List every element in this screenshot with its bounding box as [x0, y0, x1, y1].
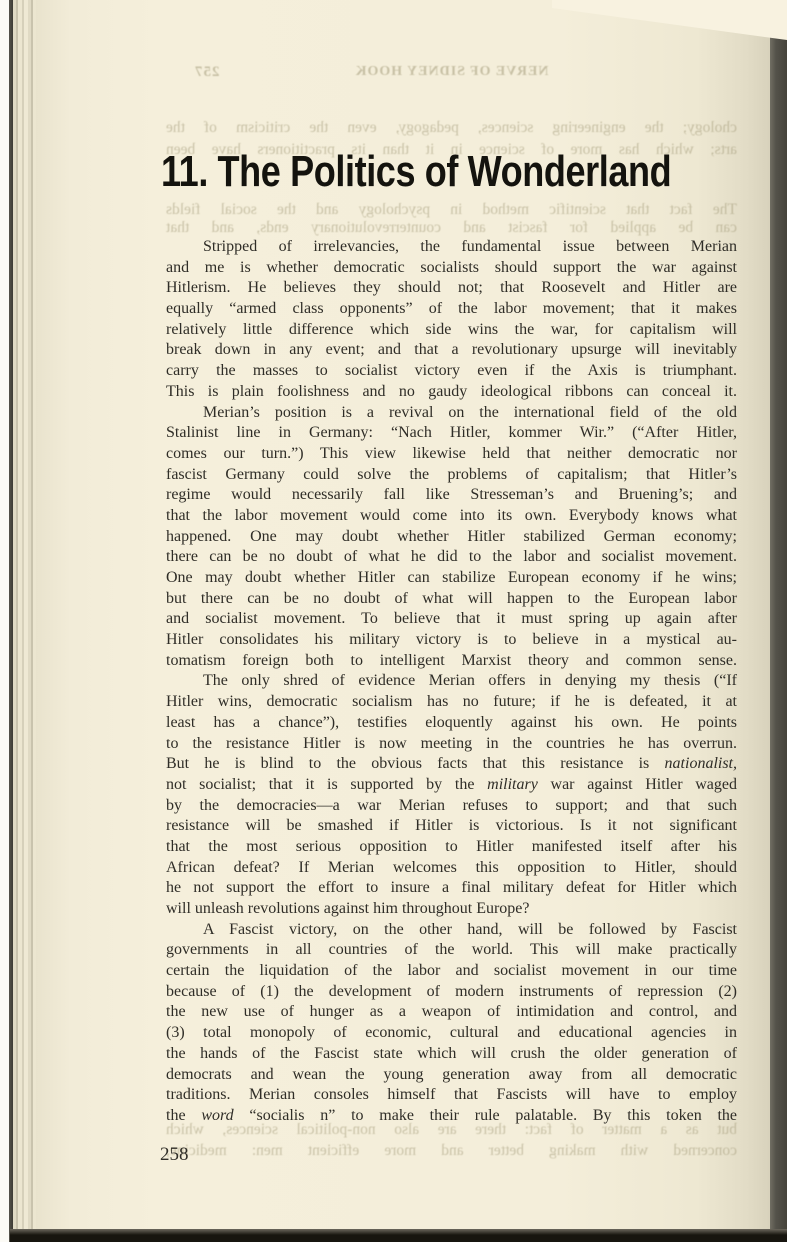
- chapter-title: 11. The Politics of Wonderland: [161, 150, 671, 194]
- text-line: there can be no doubt of what he did to …: [166, 547, 737, 568]
- page-edge-shadow-right: [770, 0, 787, 1242]
- text-line: but there can be no doubt of what will h…: [166, 589, 737, 610]
- text-line: will unleash revolutions against him thr…: [166, 899, 737, 920]
- paragraph: A Fascist victory, on the other hand, wi…: [166, 920, 737, 1127]
- bleed-through-header: 257 NERVE OF SIDNEY HOOK: [166, 64, 737, 82]
- bleed-through-line: but as a matter of fact: there are also …: [166, 1120, 737, 1140]
- paragraph: The only shred of evidence Merian offers…: [166, 671, 737, 919]
- text-line: carry the masses to socialist victory ev…: [166, 361, 737, 382]
- text-line: certain the liquidation of the labor and…: [166, 961, 737, 982]
- text-line: the hands of the Fascist state which wil…: [166, 1044, 737, 1065]
- text-line: to the resistance Hitler is now meeting …: [166, 734, 737, 755]
- text-line: fascist Germany could solve the problems…: [166, 465, 737, 486]
- paragraph: Stripped of irrelevancies, the fundament…: [166, 237, 737, 403]
- text-line: least has a chance”), testifies eloquent…: [166, 713, 737, 734]
- text-line: by the democracies—a war Merian refuses …: [166, 796, 737, 817]
- text-line: Hitlerism. He believes they should not; …: [166, 278, 737, 299]
- text-line: break down in any event; and that a revo…: [166, 340, 737, 361]
- page-bottom-edge-shadow: [10, 1229, 787, 1242]
- text-line: A Fascist victory, on the other hand, wi…: [166, 920, 737, 941]
- text-line: traditions. Merian consoles himself that…: [166, 1085, 737, 1106]
- bleed-through-line: The fact that scientific method in psych…: [166, 200, 737, 220]
- bleed-through-line: concerned with making better and more ef…: [166, 1141, 737, 1161]
- text-line: But he is blind to the obvious facts tha…: [166, 754, 737, 775]
- text-line: that the labor movement would come into …: [166, 506, 737, 527]
- text-line: happened. One may doubt whether Hitler s…: [166, 527, 737, 548]
- text-line: and me is whether democratic socialists …: [166, 258, 737, 279]
- bleed-through-page-number: 257: [194, 64, 220, 81]
- text-line: Stripped of irrelevancies, the fundament…: [166, 237, 737, 258]
- text-line: Hitler consolidates his military victory…: [166, 630, 737, 651]
- page-stack-edges: [13, 0, 36, 1242]
- text-line: regime would necessarily fall like Stres…: [166, 485, 737, 506]
- text-line: This is plain foolishness and no gaudy i…: [166, 382, 737, 403]
- text-line: democrats and wean the young generation …: [166, 1065, 737, 1086]
- text-line: and socialist movement. To believe that …: [166, 609, 737, 630]
- text-line: The only shred of evidence Merian offers…: [166, 671, 737, 692]
- text-line: One may doubt whether Hitler can stabili…: [166, 568, 737, 589]
- text-line: resistance will be smashed if Hitler is …: [166, 816, 737, 837]
- page-number: 258: [160, 1144, 189, 1166]
- text-block: Stripped of irrelevancies, the fundament…: [166, 237, 737, 1127]
- book-outer-white-edge: [0, 0, 9, 1242]
- bleed-through-running-head: NERVE OF SIDNEY HOOK: [166, 64, 737, 80]
- text-line: tomatism foreign both to intelligent Mar…: [166, 651, 737, 672]
- text-line: that the most serious opposition to Hitl…: [166, 837, 737, 858]
- bleed-through-line: chology; the engineering sciences, pedag…: [166, 118, 737, 138]
- paragraph: Merian’s position is a revival on the in…: [166, 403, 737, 672]
- text-line: (3) total monopoly of economic, cultural…: [166, 1023, 737, 1044]
- text-line: governments in all countries of the worl…: [166, 940, 737, 961]
- text-line: the new use of hunger as a weapon of int…: [166, 1002, 737, 1023]
- text-line: African defeat? If Merian welcomes this …: [166, 858, 737, 879]
- text-line: comes our turn.”) This view likewise hel…: [166, 444, 737, 465]
- text-line: because of (1) the development of modern…: [166, 982, 737, 1003]
- text-line: Hitler wins, democratic socialism has no…: [166, 692, 737, 713]
- book-page-scan: 257 NERVE OF SIDNEY HOOK chology; the en…: [0, 0, 787, 1242]
- text-line: Stalinist line in Germany: “Nach Hitler,…: [166, 423, 737, 444]
- text-line: equally “armed class opponents” of the l…: [166, 299, 737, 320]
- text-line: not socialist; that it is supported by t…: [166, 775, 737, 796]
- text-line: relatively little difference which side …: [166, 320, 737, 341]
- text-line: he not support the effort to insure a fi…: [166, 878, 737, 899]
- page-surface: 257 NERVE OF SIDNEY HOOK chology; the en…: [36, 0, 770, 1242]
- text-line: Merian’s position is a revival on the in…: [166, 403, 737, 424]
- bleed-through-line: can be applied for fascist and counterre…: [166, 218, 737, 238]
